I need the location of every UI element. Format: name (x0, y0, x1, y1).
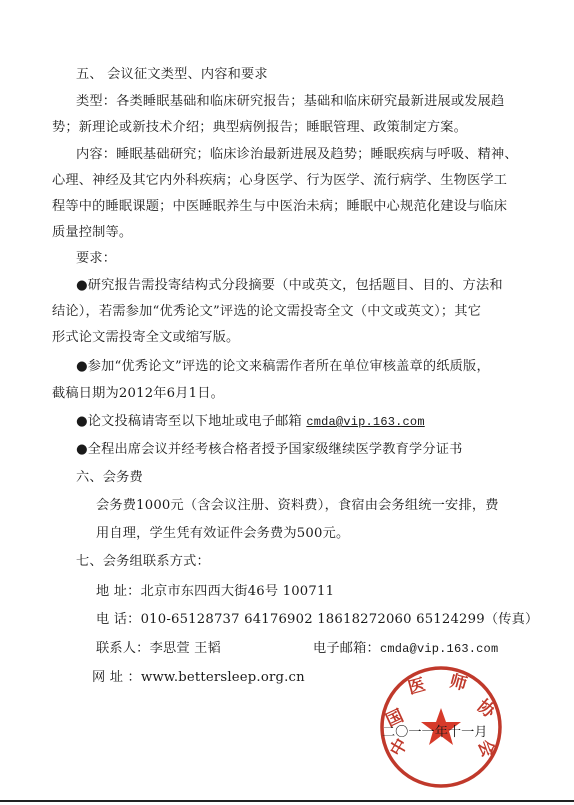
website-row: 网 址 ：www.bettersleep.org.cn (92, 669, 305, 687)
contact-row: 联系人：李思萱 王韬 (96, 640, 221, 658)
bullet4: ●全程出席会议并经考核合格者授予国家级继续医学教育学分证书 (76, 441, 463, 459)
contact-label: 联系人： (96, 641, 150, 656)
website-label: 网 址 ： (92, 670, 141, 685)
svg-text:医: 医 (406, 675, 428, 699)
bullet1-line-3: 形式论文需投寄全文或缩写版。 (52, 329, 239, 347)
bullet2-line-2: 截稿日期为2012年6月1日。 (52, 385, 224, 403)
content-line-1: 内容：睡眠基础研究；临床诊治最新进展及趋势；睡眠疾病与呼吸、精神、 (76, 146, 518, 164)
website-value[interactable]: www.bettersleep.org.cn (141, 670, 305, 685)
page-bottom-border (0, 800, 574, 802)
phone-value: 010-65128737 64176902 18618272060 651242… (141, 612, 539, 627)
address-row: 地 址：北京市东四西大街46号 100711 (96, 583, 334, 601)
bullet3-text: ●论文投稿请寄至以下地址或电子邮箱 (76, 414, 306, 429)
phone-label: 电 话： (96, 612, 141, 627)
section5-heading: 五、 会议征文类型、内容和要求 (76, 66, 268, 84)
content-line-4: 质量控制等。 (52, 224, 132, 242)
address-value: 北京市东四西大街46号 100711 (141, 584, 335, 599)
requirements-label: 要求： (76, 250, 116, 268)
bullet3: ●论文投稿请寄至以下地址或电子邮箱 cmda@vip.163.com (76, 413, 425, 431)
submission-email-link[interactable]: cmda@vip.163.com (306, 415, 424, 429)
bullet2-line-1: ●参加“优秀论文”评选的论文来稿需作者所在单位审核盖章的纸质版， (76, 358, 490, 376)
bullet1-line-1: ●研究报告需投寄结构式分段摘要（中或英文，包括题目、目的、方法和 (76, 277, 503, 295)
bullet1-line-2: 结论），若需参加“优秀论文”评选的论文需投寄全文（中文或英文）；其它 (52, 303, 481, 321)
type-line-2: 势；新理论或新技术介绍；典型病例报告；睡眠管理、政策制定方案。 (52, 119, 467, 137)
address-label: 地 址： (96, 584, 141, 599)
content-line-2: 心理、神经及其它内外科疾病；心身医学、行为医学、流行病学、生物医学工 (52, 172, 507, 190)
svg-text:师: 师 (447, 670, 469, 695)
fee-line-1: 会务费1000元（含会议注册、资料费），食宿由会务组统一安排，费 (96, 497, 499, 515)
content-line-3: 程等中的睡眠课题；中医睡眠养生与中医治未病；睡眠中心规范化建设与临床 (52, 198, 507, 216)
fee-line-2: 用自理，学生凭有效证件会务费为500元。 (96, 525, 349, 543)
section6-heading: 六、会务费 (76, 469, 143, 487)
section7-heading: 七、会务组联系方式： (76, 553, 210, 571)
contact-email-value[interactable]: cmda@vip.163.com (380, 642, 498, 656)
phone-row: 电 话：010-65128737 64176902 18618272060 65… (96, 611, 538, 629)
contact-value: 李思萱 王韬 (150, 641, 221, 656)
signature-date: 二〇一一年十一月 (382, 724, 488, 742)
svg-text:协: 协 (473, 695, 500, 723)
contact-email-row: 电子邮箱：cmda@vip.163.com (313, 640, 498, 658)
type-line-1: 类型：各类睡眠基础和临床研究报告；基础和临床研究最新进展或发展趋 (76, 93, 504, 111)
email-label: 电子邮箱： (313, 641, 380, 656)
